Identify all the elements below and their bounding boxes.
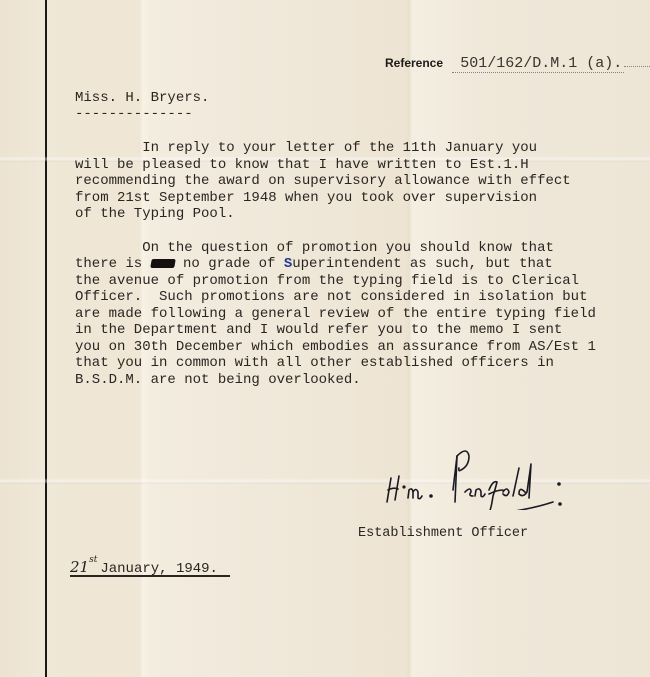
text-line: Officer. Such promotions are not conside…	[75, 289, 587, 305]
text-line: of the Typing Pool.	[75, 206, 235, 222]
ink-redaction-blot	[150, 259, 176, 268]
addressee-underline: --------------	[75, 106, 193, 122]
text-line: recommending the award on supervisory al…	[75, 173, 571, 189]
text-line: In reply to your letter of the 11th Janu…	[75, 140, 537, 156]
text-line: are made following a general review of t…	[75, 306, 596, 322]
text-line-part: no grade of	[175, 256, 284, 272]
reference-label: Reference	[385, 56, 443, 70]
text-line-part: uperintendent as such, but that	[292, 256, 552, 272]
text-line: B.S.D.M. are not being overlooked.	[75, 372, 361, 388]
text-line: you on 30th December which embodies an a…	[75, 339, 596, 355]
paragraph-1: In reply to your letter of the 11th Janu…	[75, 140, 615, 223]
text-line: On the question of promotion you should …	[75, 240, 554, 256]
paragraph-2: On the question of promotion you should …	[75, 240, 615, 389]
letter-page: Reference 501/162/D.M.1 (a). Miss. H. Br…	[0, 0, 650, 677]
reference-dotted-leader	[624, 66, 650, 67]
handwritten-day-suffix: st	[89, 555, 97, 565]
text-line: the avenue of promotion from the typing …	[75, 273, 579, 289]
text-line: in the Department and I would refer you …	[75, 322, 562, 338]
text-line: will be pleased to know that I have writ…	[75, 157, 529, 173]
handwritten-day: 21	[70, 558, 89, 576]
addressee-name: Miss. H. Bryers.	[75, 90, 209, 106]
letter-body: In reply to your letter of the 11th Janu…	[75, 140, 615, 388]
text-line-part: there is	[75, 256, 142, 272]
margin-line	[45, 0, 47, 677]
reference-line: Reference 501/162/D.M.1 (a).	[385, 55, 650, 72]
signer-title: Establishment Officer	[358, 526, 528, 541]
text-line: that you in common with all other establ…	[75, 355, 554, 371]
handwritten-signature	[385, 440, 585, 510]
reference-value: 501/162/D.M.1 (a).	[452, 55, 624, 73]
text-line: from 21st September 1948 when you took o…	[75, 190, 537, 206]
handwritten-correction: S	[284, 256, 292, 272]
date-underline	[70, 575, 230, 577]
